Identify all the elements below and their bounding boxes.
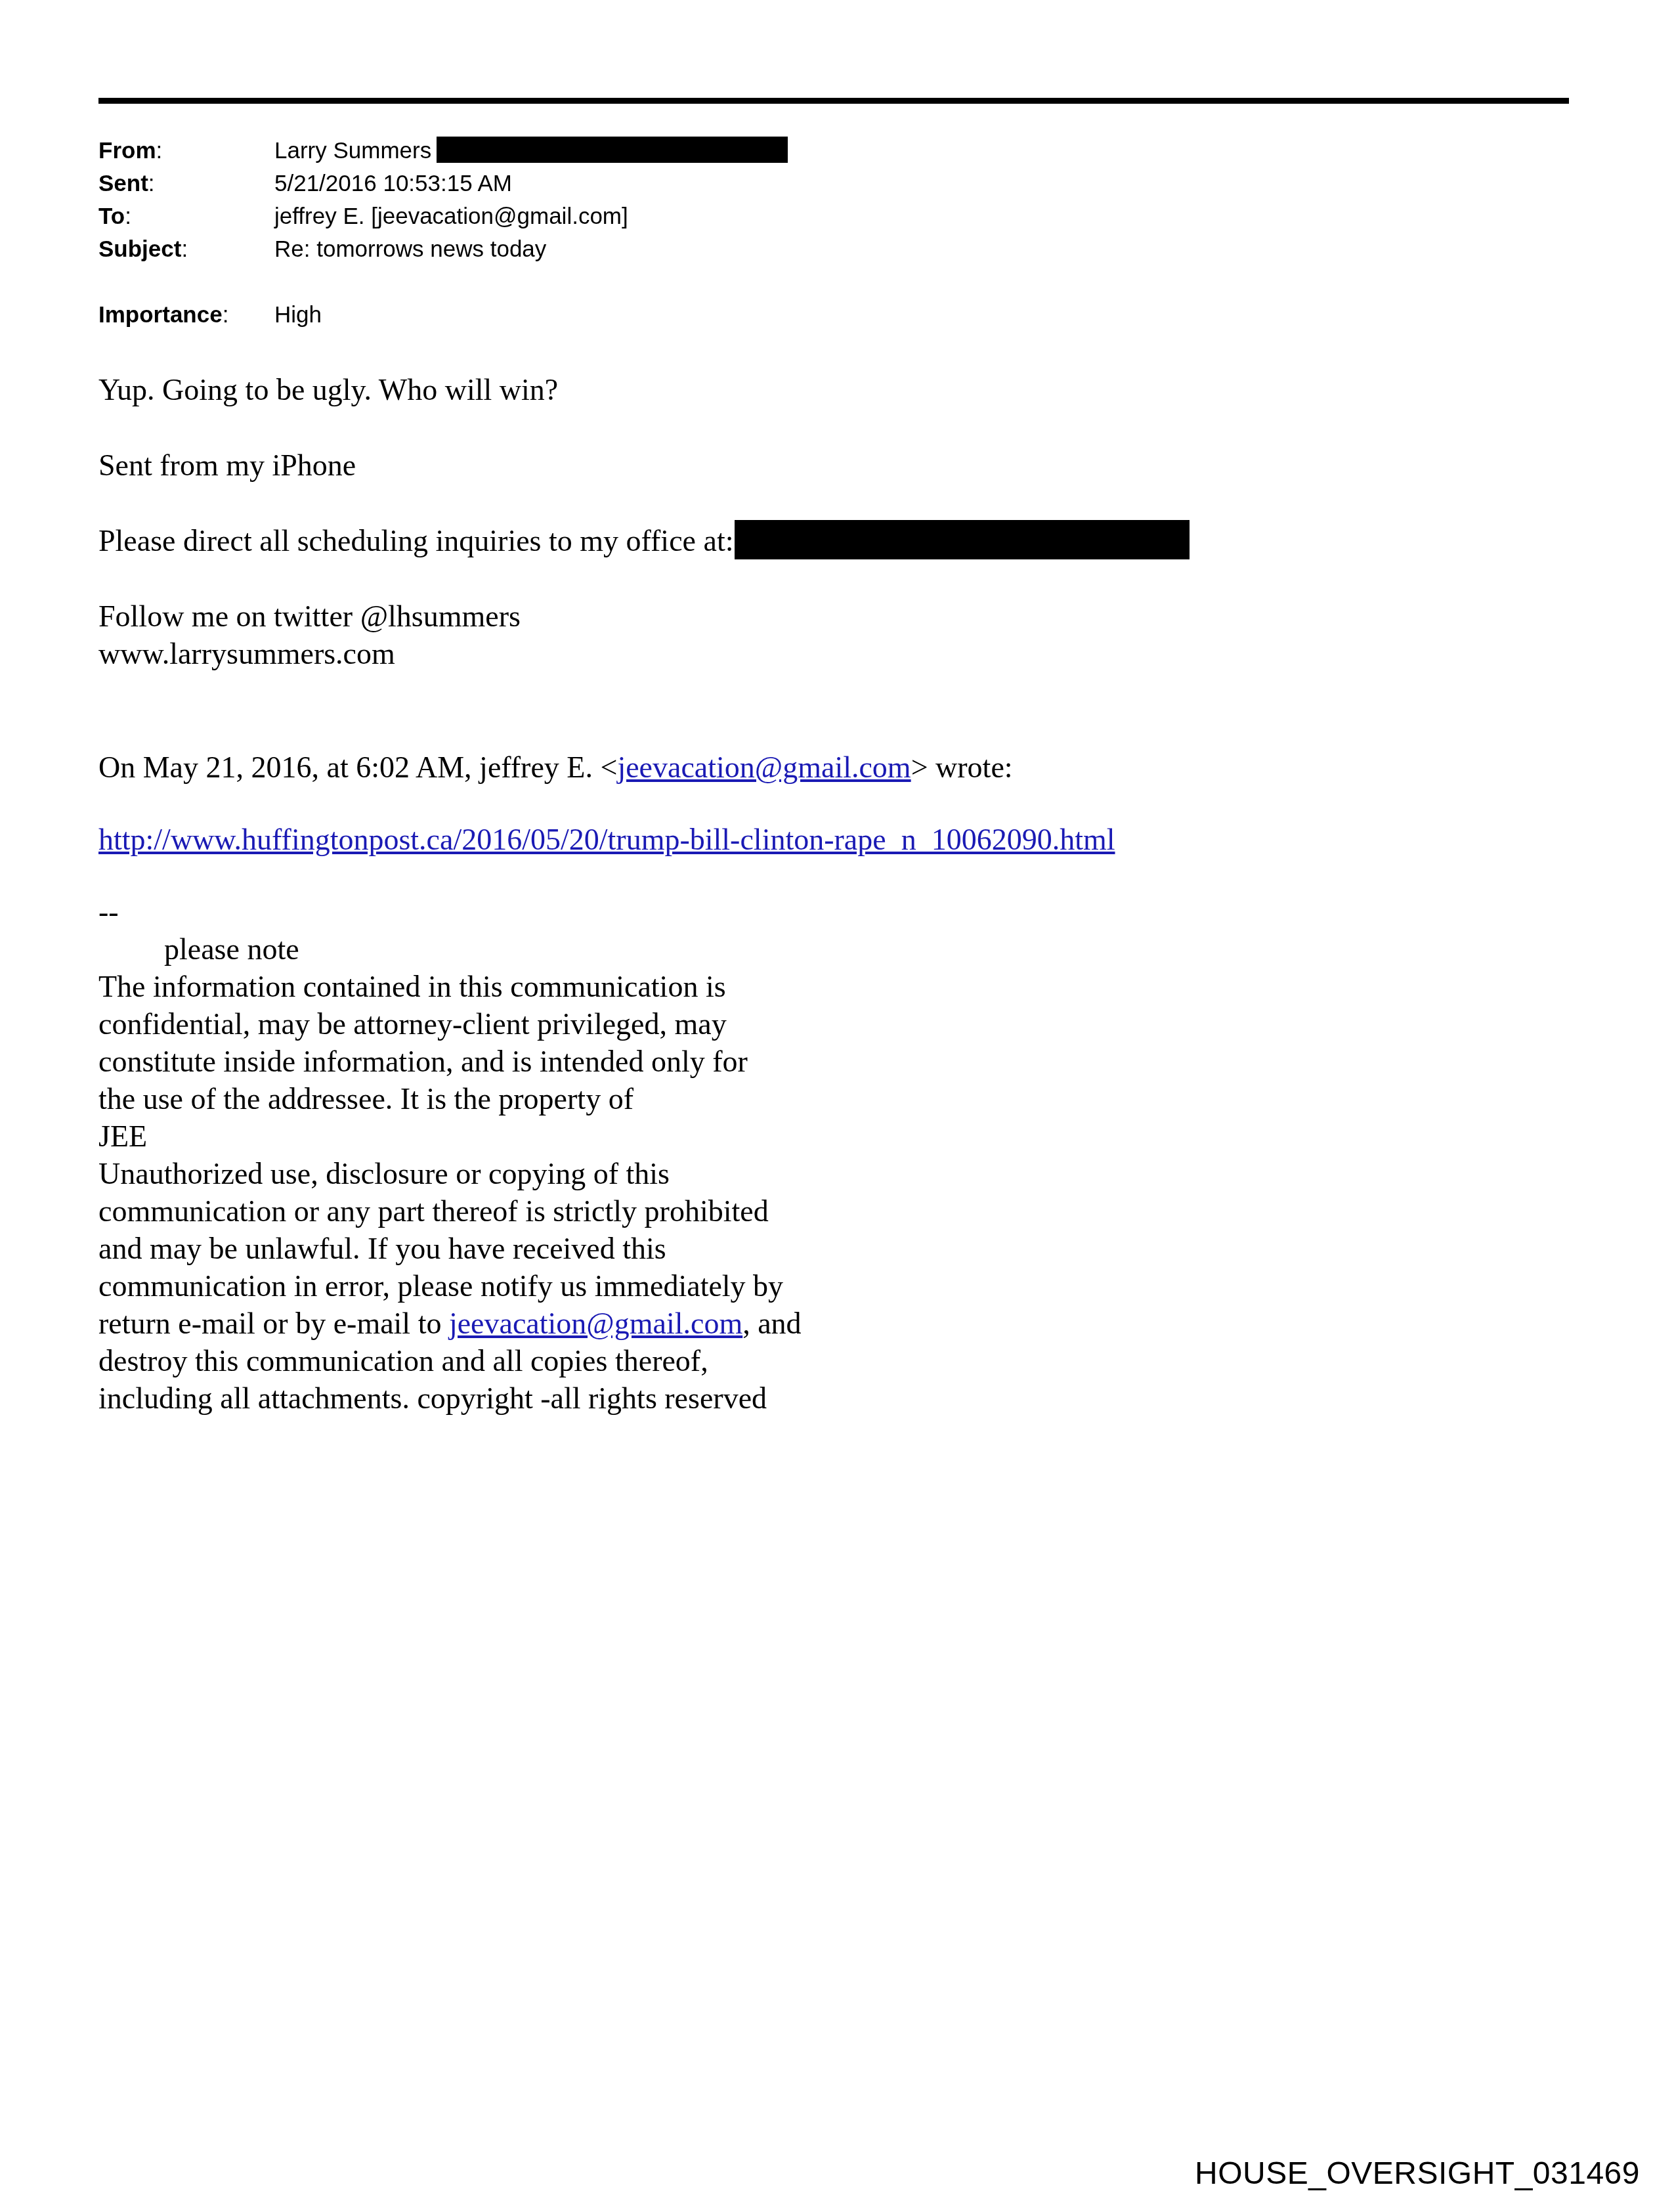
bates-number: HOUSE_OVERSIGHT_031469 <box>1195 2156 1640 2192</box>
disclaimer-note: please note <box>98 930 952 968</box>
top-divider <box>98 98 1569 104</box>
signature-block: Follow me on twitter @lhsummers www.larr… <box>98 597 521 672</box>
disclaimer-line: JEE <box>98 1117 952 1155</box>
disclaimer-line: communication or any part thereof is str… <box>98 1192 952 1230</box>
to-value: jeffrey E. [jeevacation@gmail.com] <box>274 200 628 233</box>
article-link[interactable]: http://www.huffingtonpost.ca/2016/05/20/… <box>98 823 1115 856</box>
email-header: From: Larry Summers Sent: 5/21/2016 10:5… <box>98 135 788 332</box>
quoted-intro: On May 21, 2016, at 6:02 AM, jeffrey E. … <box>98 748 1013 786</box>
website-line: www.larrysummers.com <box>98 635 521 672</box>
subject-label: Subject: <box>98 233 274 266</box>
reply-text: Yup. Going to be ugly. Who will win? <box>98 371 558 408</box>
sent-value: 5/21/2016 10:53:15 AM <box>274 167 512 200</box>
redaction-bar <box>735 520 1190 559</box>
from-label: From: <box>98 135 274 167</box>
header-to: To: jeffrey E. [jeevacation@gmail.com] <box>98 200 788 233</box>
quoted-url-line: http://www.huffingtonpost.ca/2016/05/20/… <box>98 821 1115 858</box>
sent-from-signature: Sent from my iPhone <box>98 446 356 484</box>
separator: -- <box>98 893 952 930</box>
header-from: From: Larry Summers <box>98 135 788 167</box>
disclaimer-line: including all attachments. copyright -al… <box>98 1379 952 1417</box>
disclaimer-line: the use of the addressee. It is the prop… <box>98 1080 952 1117</box>
disclaimer-line: and may be unlawful. If you have receive… <box>98 1230 952 1267</box>
disclaimer-line: Unauthorized use, disclosure or copying … <box>98 1155 952 1192</box>
importance-value: High <box>274 299 322 332</box>
redaction-bar <box>437 137 788 163</box>
header-importance: Importance: High <box>98 299 788 332</box>
twitter-line: Follow me on twitter @lhsummers <box>98 597 521 635</box>
scheduling-line: Please direct all scheduling inquiries t… <box>98 522 1190 563</box>
disclaimer-block: -- please note The information contained… <box>98 893 952 1417</box>
importance-label: Importance: <box>98 299 274 332</box>
to-label: To: <box>98 200 274 233</box>
header-subject: Subject: Re: tomorrows news today <box>98 233 788 266</box>
header-sent: Sent: 5/21/2016 10:53:15 AM <box>98 167 788 200</box>
disclaimer-line: constitute inside information, and is in… <box>98 1043 952 1080</box>
scheduling-text: Please direct all scheduling inquiries t… <box>98 524 733 557</box>
disclaimer-email-link[interactable]: jeevacation@gmail.com <box>449 1307 742 1340</box>
subject-value: Re: tomorrows news today <box>274 233 546 266</box>
from-value: Larry Summers <box>274 135 788 167</box>
disclaimer-line: communication in error, please notify us… <box>98 1267 952 1305</box>
sender-email-link[interactable]: jeevacation@gmail.com <box>617 750 911 784</box>
sent-label: Sent: <box>98 167 274 200</box>
disclaimer-line: destroy this communication and all copie… <box>98 1342 952 1379</box>
disclaimer-line: The information contained in this commun… <box>98 968 952 1005</box>
disclaimer-line: confidential, may be attorney-client pri… <box>98 1005 952 1043</box>
disclaimer-email-line: return e-mail or by e-mail to jeevacatio… <box>98 1305 952 1342</box>
